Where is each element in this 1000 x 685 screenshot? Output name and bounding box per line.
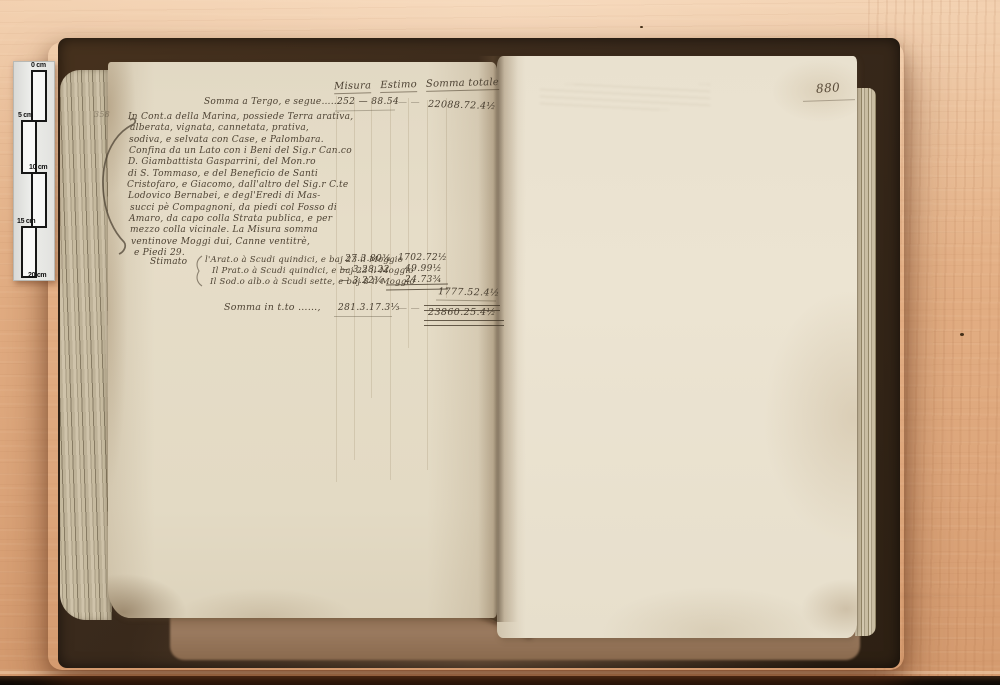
carryover-dash: — — <box>398 99 420 108</box>
paragraph-line: ventinove Moggi dui, Canne ventitrè, <box>131 238 310 247</box>
wood-speck <box>640 26 643 28</box>
grand-total-dash: — — <box>398 305 420 314</box>
photo-scale-ruler: 0 cm 5 cm 10 cm 15 cm 20 cm <box>13 61 55 281</box>
paragraph-line: In Cont.a della Marina, possiede Terra a… <box>128 113 353 122</box>
ruler-label-10cm: 10 cm <box>29 165 47 171</box>
valuation-row-text: Il Sod.o alb.o à Scudi sette, e baj 8 il… <box>210 278 415 287</box>
valuation-brace <box>192 254 204 288</box>
paragraph-line: mezzo colla vicinale. La Misura somma <box>130 226 318 235</box>
ruler-segment-15-20 <box>21 226 37 278</box>
paragraph-line: Cristofaro, e Giacomo, dall'altro del Si… <box>127 181 348 190</box>
valuation-estimo-value: 49.99½ <box>405 265 442 274</box>
folio-number: 880 <box>816 81 841 95</box>
ruler-label-5cm: 5 cm <box>18 113 33 119</box>
valuation-misura-value: — 3.28.22 <box>340 266 390 275</box>
table-edge-shadow <box>0 676 1000 685</box>
paragraph-line: D. Giambattista Gasparrini, del Mon.ro <box>128 158 316 167</box>
grand-total-bottom-rule <box>424 320 504 326</box>
ink-rule <box>334 316 392 317</box>
grand-total-value: 23860.25.4½ <box>428 308 496 318</box>
column-header-somma-totale: Somma totale <box>426 77 499 92</box>
paragraph-line: Amaro, da capo colla Strata publica, e p… <box>129 215 332 224</box>
carryover-label: Somma a Tergo, e segue…… <box>204 98 340 107</box>
ruler-label-15cm: 15 cm <box>17 219 35 225</box>
ruler-segment-0-5 <box>31 70 47 122</box>
subtotal-value: 1777.52.4½ <box>438 287 500 298</box>
photo-of-manuscript-on-table: 0 cm 5 cm 10 cm 15 cm 20 cm 880 MisuraEs… <box>0 0 1000 685</box>
paragraph-line: di S. Tommaso, e del Beneficio de Santi <box>128 170 318 179</box>
paragraph-line: succi pè Compagnoni, da piedi col Fosso … <box>130 204 337 213</box>
grand-total-misura-value: 281.3.17.3⅓ <box>338 304 400 313</box>
column-header-estimo: Estimo <box>380 79 417 93</box>
column-header-misura: Misura <box>334 80 372 94</box>
table-edge-highlight <box>0 671 1000 674</box>
paragraph-line: Lodovico Bernabei, e degl'Eredi di Mas- <box>128 192 321 201</box>
ledger-column-rule <box>446 98 447 298</box>
stimato-label: Stimato <box>150 258 187 267</box>
valuation-estimo-value: 1702.72½ <box>398 254 447 263</box>
ledger-column-rule <box>371 98 372 398</box>
right-page <box>497 56 857 638</box>
valuation-misura-value: — 3.22¾ <box>340 277 383 286</box>
grand-total-label: Somma in t.to ……, <box>224 303 321 313</box>
ruler-label-0cm: 0 cm <box>31 63 46 69</box>
ink-showthrough <box>540 84 710 110</box>
paragraph-line: alberata, vignata, cannetata, prativa, <box>130 124 309 133</box>
right-page-fore-edge <box>855 88 876 636</box>
paragraph-line: sodiva, e selvata con Case, e Palombara. <box>129 136 324 145</box>
carryover-total-value: 22088.72.4½ <box>428 100 496 112</box>
ruler-label-20cm: 20 cm <box>28 273 46 279</box>
paragraph-line: Confina da un Lato con i Beni del Sig.r … <box>129 147 352 156</box>
valuation-misura-value: 27.3.80¾ <box>345 255 391 264</box>
wood-speck <box>960 333 964 336</box>
carryover-misura-value: 252 — 88.54 <box>337 98 399 107</box>
